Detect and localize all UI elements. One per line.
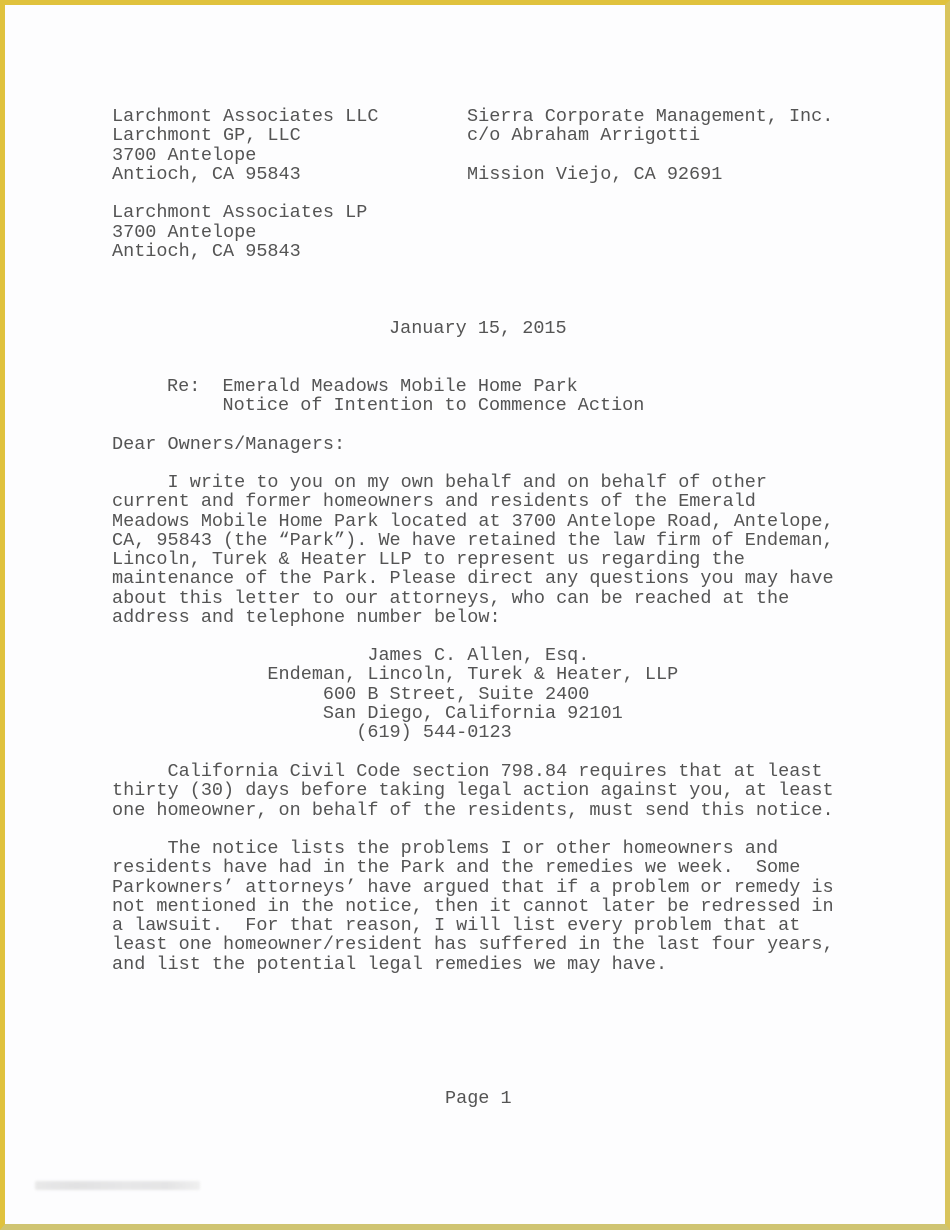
salutation: Dear Owners/Managers: <box>112 435 345 454</box>
letter-page: Larchmont Associates LLC Larchmont GP, L… <box>0 0 950 1230</box>
page-number: Page 1 <box>445 1089 512 1108</box>
attorney-address-block: James C. Allen, Esq. Endeman, Lincoln, T… <box>112 646 678 742</box>
body-paragraph-1: I write to you on my own behalf and on b… <box>112 473 834 627</box>
date-line: January 15, 2015 <box>389 319 567 338</box>
body-paragraph-2: California Civil Code section 798.84 req… <box>112 762 834 820</box>
watermark <box>35 1181 200 1190</box>
cc-address-block: Sierra Corporate Management, Inc. c/o Ab… <box>467 107 833 184</box>
subject-line: Re: Emerald Meadows Mobile Home Park Not… <box>167 377 644 416</box>
body-paragraph-3: The notice lists the problems I or other… <box>112 839 834 974</box>
recipient-address-block: Larchmont Associates LLC Larchmont GP, L… <box>112 107 378 261</box>
